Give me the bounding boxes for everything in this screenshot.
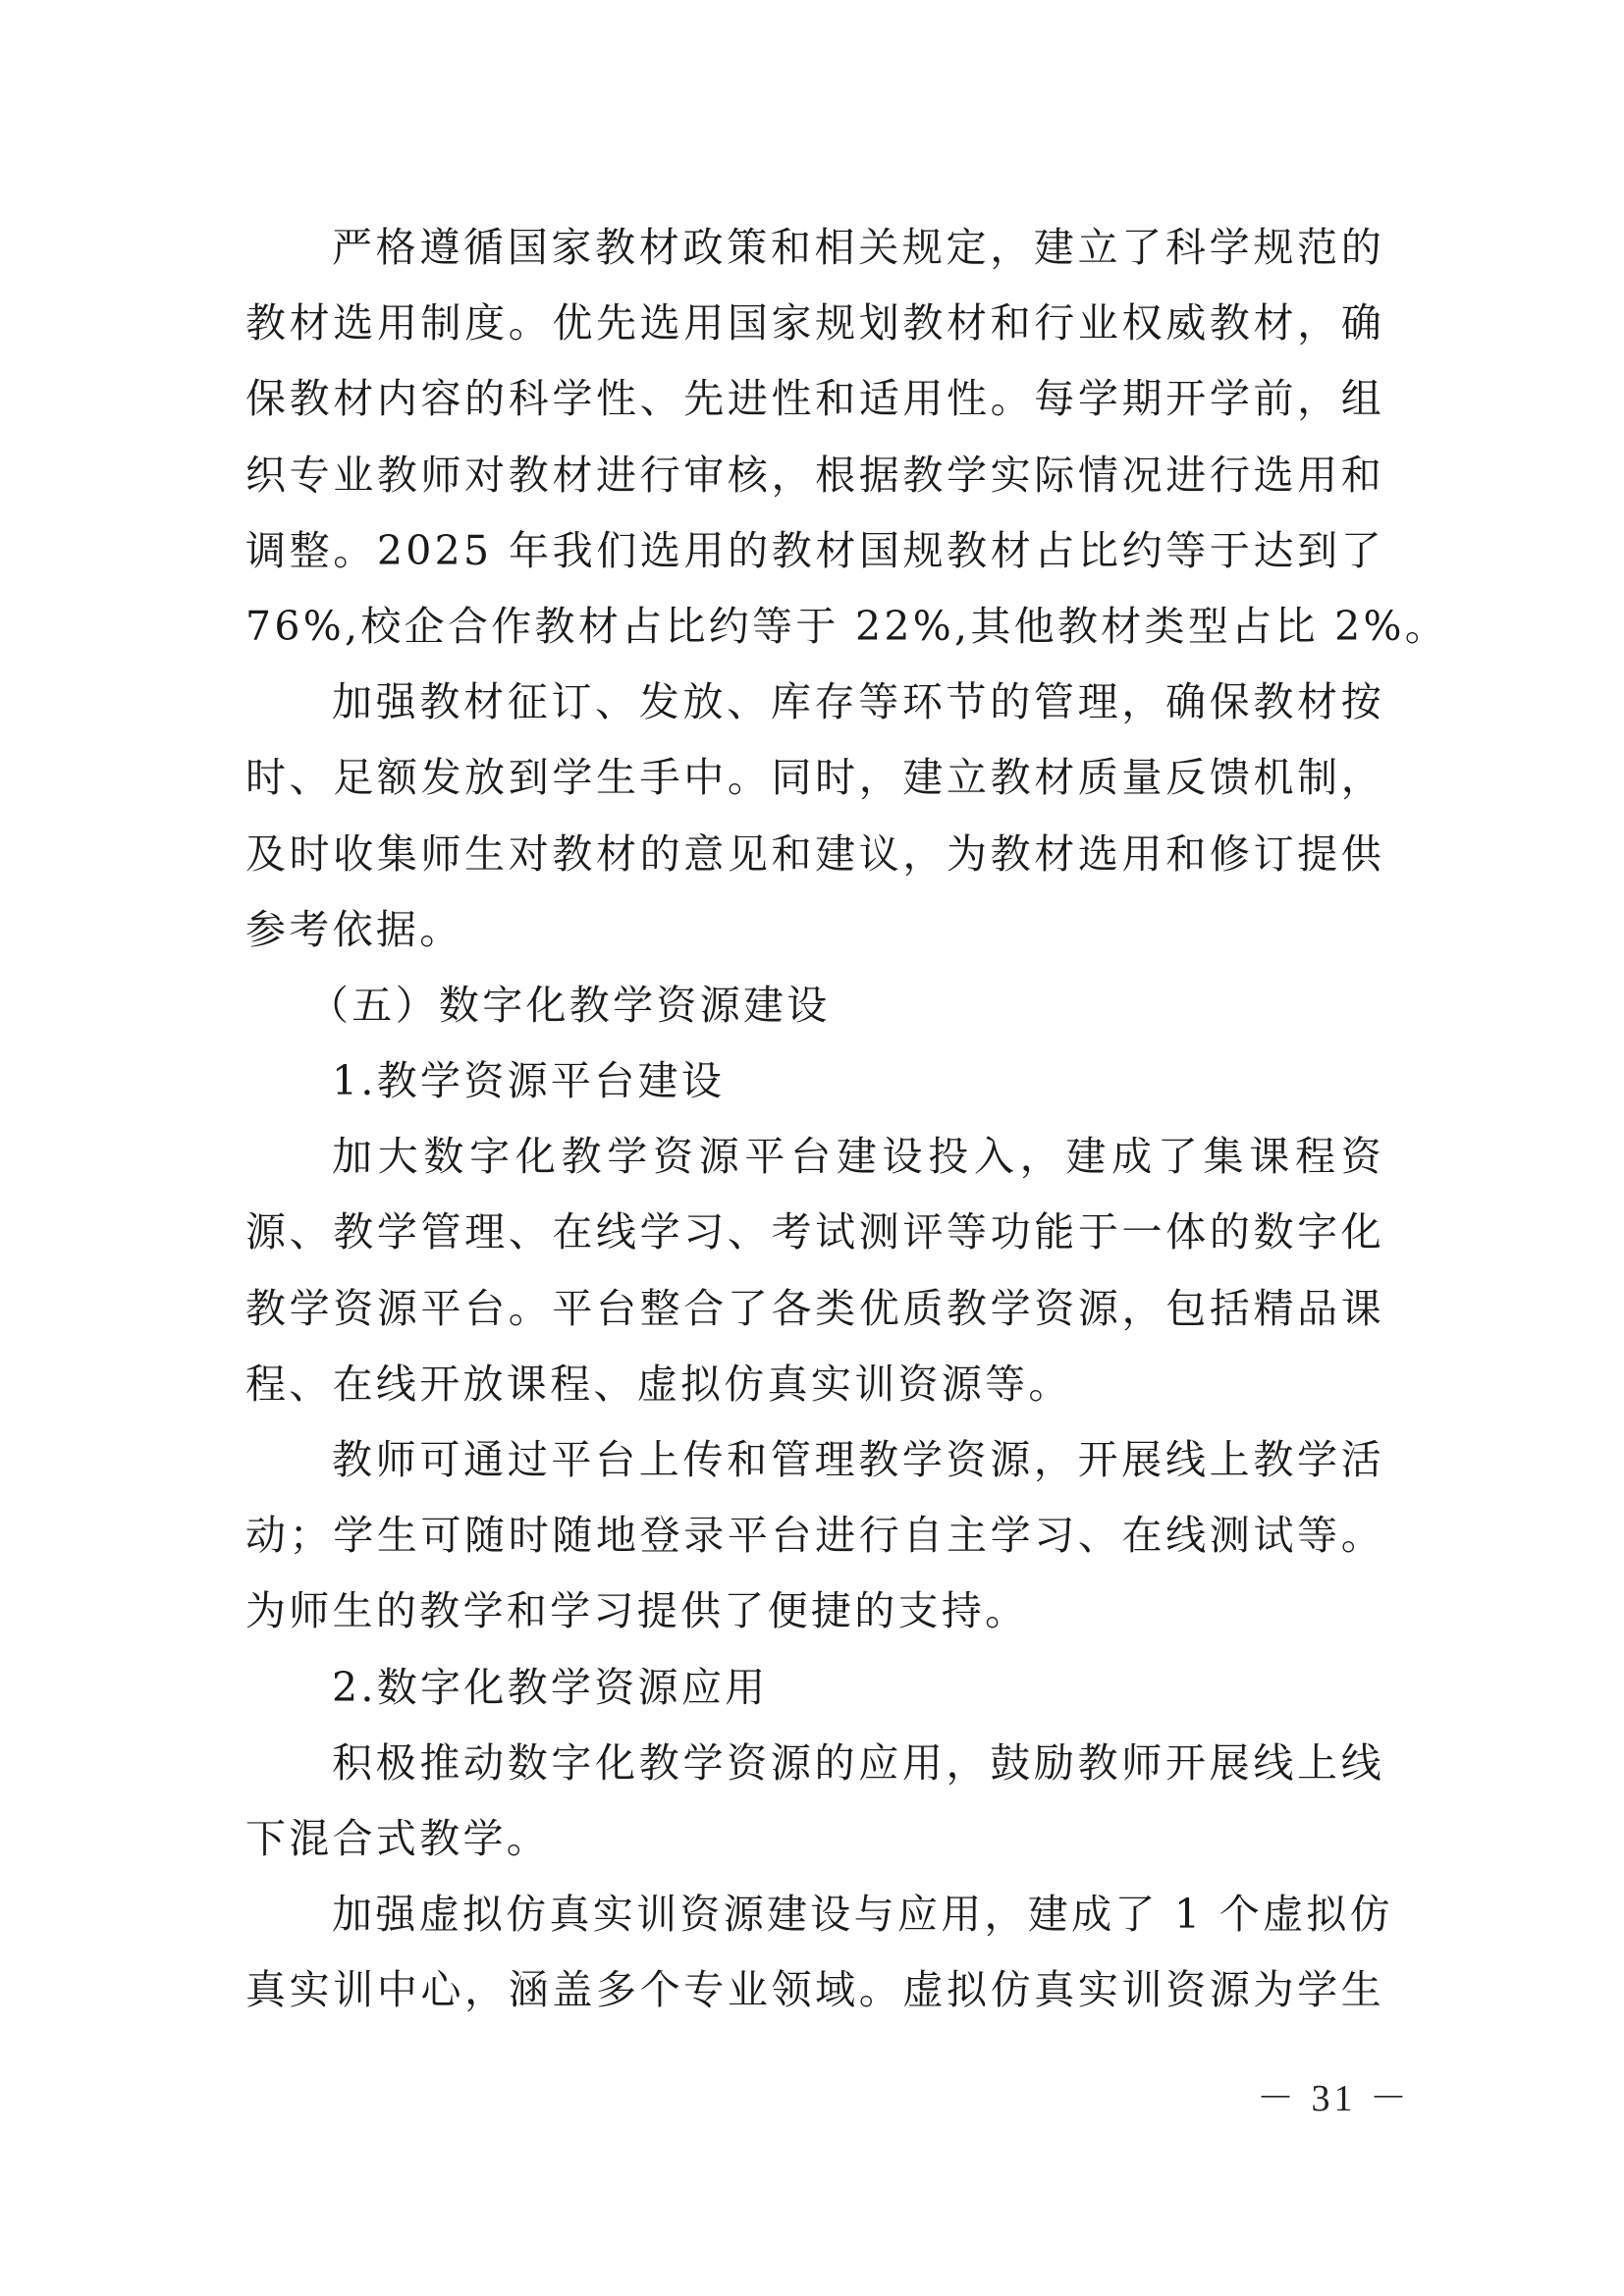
paragraph-virtual-simulation: 加强虚拟仿真实训资源建设与应用，建成了 1 个虚拟仿 真实训中心，涵盖多个专业领… [245, 1877, 1384, 2028]
subsection-heading-2: 2.数字化教学资源应用 [245, 1650, 1384, 1726]
text-line: 下混合式教学。 [245, 1801, 1384, 1877]
text-line: 真实训中心，涵盖多个专业领域。虚拟仿真实训资源为学生 [245, 1952, 1384, 2028]
text-line: 时、足额发放到学生手中。同时，建立教材质量反馈机制， [245, 740, 1384, 816]
text-line: 积极推动数字化教学资源的应用，鼓励教师开展线上线 [245, 1726, 1384, 1801]
subheading-text: 1.教学资源平台建设 [245, 1043, 1384, 1119]
paragraph-platform-construction: 加大数字化教学资源平台建设投入，建成了集课程资 源、教学管理、在线学习、考试测评… [245, 1119, 1384, 1422]
text-line: 源、教学管理、在线学习、考试测评等功能于一体的数字化 [245, 1195, 1384, 1270]
page-number: － 31 － [1257, 2067, 1411, 2121]
subheading-text: 2.数字化教学资源应用 [245, 1650, 1384, 1726]
heading-text: （五）数字化教学资源建设 [245, 968, 1384, 1043]
text-line: 调整。2025 年我们选用的教材国规教材占比约等于达到了 [245, 513, 1384, 589]
text-line: 保教材内容的科学性、先进性和适用性。每学期开学前，组 [245, 361, 1384, 437]
text-line: 教材选用制度。优先选用国家规划教材和行业权威教材，确 [245, 286, 1384, 361]
subsection-heading-1: 1.教学资源平台建设 [245, 1043, 1384, 1119]
text-line: 织专业教师对教材进行审核，根据教学实际情况进行选用和 [245, 438, 1384, 513]
text-line: 及时收集师生对教材的意见和建议，为教材选用和修订提供 [245, 817, 1384, 892]
paragraph-textbook-selection: 严格遵循国家教材政策和相关规定，建立了科学规范的 教材选用制度。优先选用国家规划… [245, 210, 1384, 665]
paragraph-platform-usage: 教师可通过平台上传和管理教学资源，开展线上教学活 动；学生可随时随地登录平台进行… [245, 1422, 1384, 1650]
text-line: 76%,校企合作教材占比约等于 22%,其他教材类型占比 2%。 [245, 589, 1384, 665]
text-line: 加强教材征订、发放、库存等环节的管理，确保教材按 [245, 665, 1384, 740]
section-heading: （五）数字化教学资源建设 [245, 968, 1384, 1043]
text-line: 加强虚拟仿真实训资源建设与应用，建成了 1 个虚拟仿 [245, 1877, 1384, 1952]
document-page: 严格遵循国家教材政策和相关规定，建立了科学规范的 教材选用制度。优先选用国家规划… [245, 210, 1384, 2029]
text-line: 严格遵循国家教材政策和相关规定，建立了科学规范的 [245, 210, 1384, 286]
paragraph-resource-application: 积极推动数字化教学资源的应用，鼓励教师开展线上线 下混合式教学。 [245, 1726, 1384, 1877]
text-line: 程、在线开放课程、虚拟仿真实训资源等。 [245, 1347, 1384, 1422]
text-line: 动；学生可随时随地登录平台进行自主学习、在线测试等。 [245, 1498, 1384, 1574]
text-line: 教师可通过平台上传和管理教学资源，开展线上教学活 [245, 1422, 1384, 1498]
text-line: 参考依据。 [245, 892, 1384, 968]
text-line: 教学资源平台。平台整合了各类优质教学资源，包括精品课 [245, 1271, 1384, 1347]
text-line: 加大数字化教学资源平台建设投入，建成了集课程资 [245, 1119, 1384, 1195]
text-line: 为师生的教学和学习提供了便捷的支持。 [245, 1574, 1384, 1649]
paragraph-textbook-management: 加强教材征订、发放、库存等环节的管理，确保教材按 时、足额发放到学生手中。同时，… [245, 665, 1384, 968]
